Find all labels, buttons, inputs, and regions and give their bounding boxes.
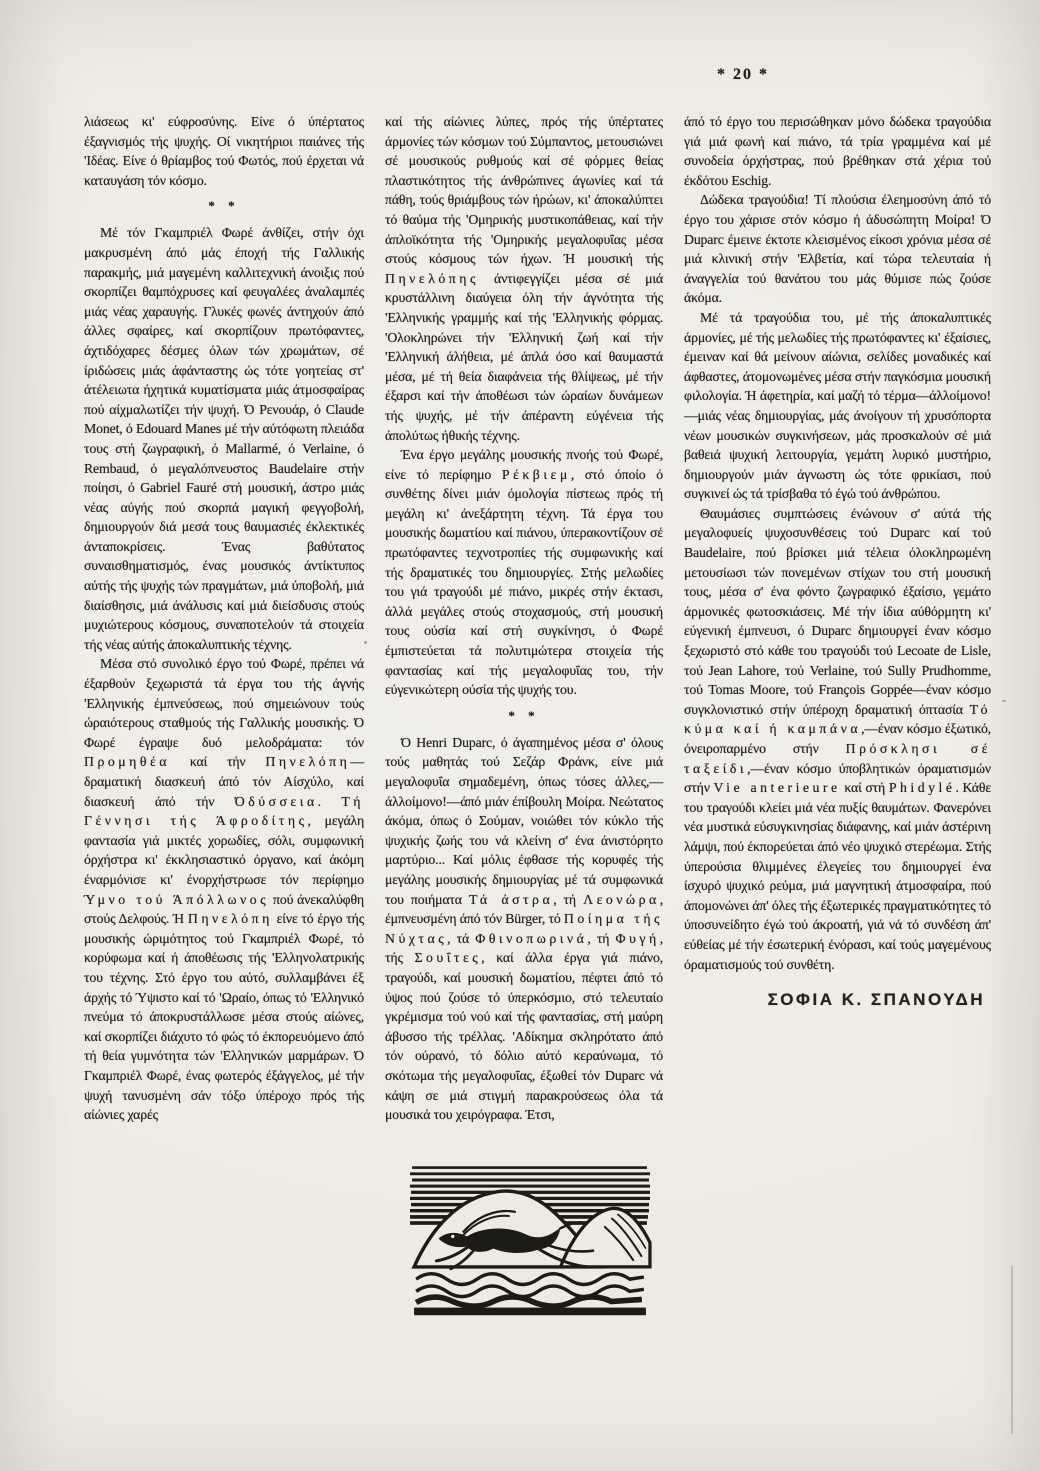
spaced-title: Ύμνο τού Άπόλλωνος [84,892,269,907]
spaced-title: Φθινοπωρινά [475,931,587,946]
section-separator: * * [84,199,364,213]
spaced-title: Πηνελόπης [385,271,479,286]
spaced-title: Προμηθέα [84,754,170,769]
paragraph: λιάσεως κι' εύφροσύνης. Είνε ό ύπέρτατος… [84,112,364,190]
page-number: * 20 * [688,66,798,84]
paragraph: Ό Henri Duparc, ό άγαπημένος μέσα σ' όλο… [385,733,663,1125]
spaced-title: Ρέκβιεμ [502,467,571,482]
spaced-title: Όδύσσεια [235,794,318,809]
gazelle-woodcut-illustration [408,1163,652,1318]
text-column-1: λιάσεως κι' εύφροσύνης. Είνε ό ύπέρτατος… [84,112,364,1125]
text-column-3: άπό τό έργο του περισώθηκαν μόνο δώδεκα … [684,112,991,1125]
paragraph: Θαυμάσιες συμπτώσεις ένώνουν σ' αύτά τής… [684,504,991,974]
spaced-title: Πηνελόπη [188,911,273,926]
paragraph: καί τής αίώνιες λύπες, πρός τής ύπέρτατε… [385,112,663,445]
ink-speck [1002,700,1006,702]
spaced-title: Λεονώρα [583,892,660,907]
spaced-title: Σουΐτες [414,950,481,965]
spaced-title: Vie anterieure [714,780,841,795]
article-columns: λιάσεως κι' εύφροσύνης. Είνε ό ύπέρτατος… [84,112,991,1125]
hills [414,1191,650,1267]
paragraph: Μέ τόν Γκαμπριέλ Φωρέ άνθίζει, στήν όχι … [84,223,364,654]
paragraph: Ένα έργο μεγάλης μουσικής πνοής τού Φωρέ… [385,445,663,700]
section-separator: * * [385,709,663,723]
ink-speck [364,641,367,644]
spaced-title: Phidylé [889,780,956,795]
paragraph: Μέσα στό συνολικό έργο τού Φωρέ, πρέπει … [84,654,364,1124]
water-waves [414,1274,646,1315]
spaced-title: Τά άστρα [469,892,553,907]
paragraph: Δώδεκα τραγούδια! Τί πλούσια έλεημοσύνη … [684,190,991,308]
scanned-page: * 20 * λιάσεως κι' εύφροσύνης. Είνε ό ύπ… [0,0,1040,1471]
spaced-title: Πηνελόπη [265,754,350,769]
author-signature: ΣΟΦΙΑ Κ. ΣΠΑΝΟΥΔΗ [684,990,985,1010]
scan-artifact-line [1011,1266,1013,1434]
paragraph: Μέ τά τραγούδια του, μέ τής άποκαλυπτικέ… [684,308,991,504]
paragraph: άπό τό έργο του περισώθηκαν μόνο δώδεκα … [684,112,991,190]
spaced-title: Φυγή [615,931,659,946]
text-column-2: καί τής αίώνιες λύπες, πρός τής ύπέρτατε… [385,112,663,1125]
